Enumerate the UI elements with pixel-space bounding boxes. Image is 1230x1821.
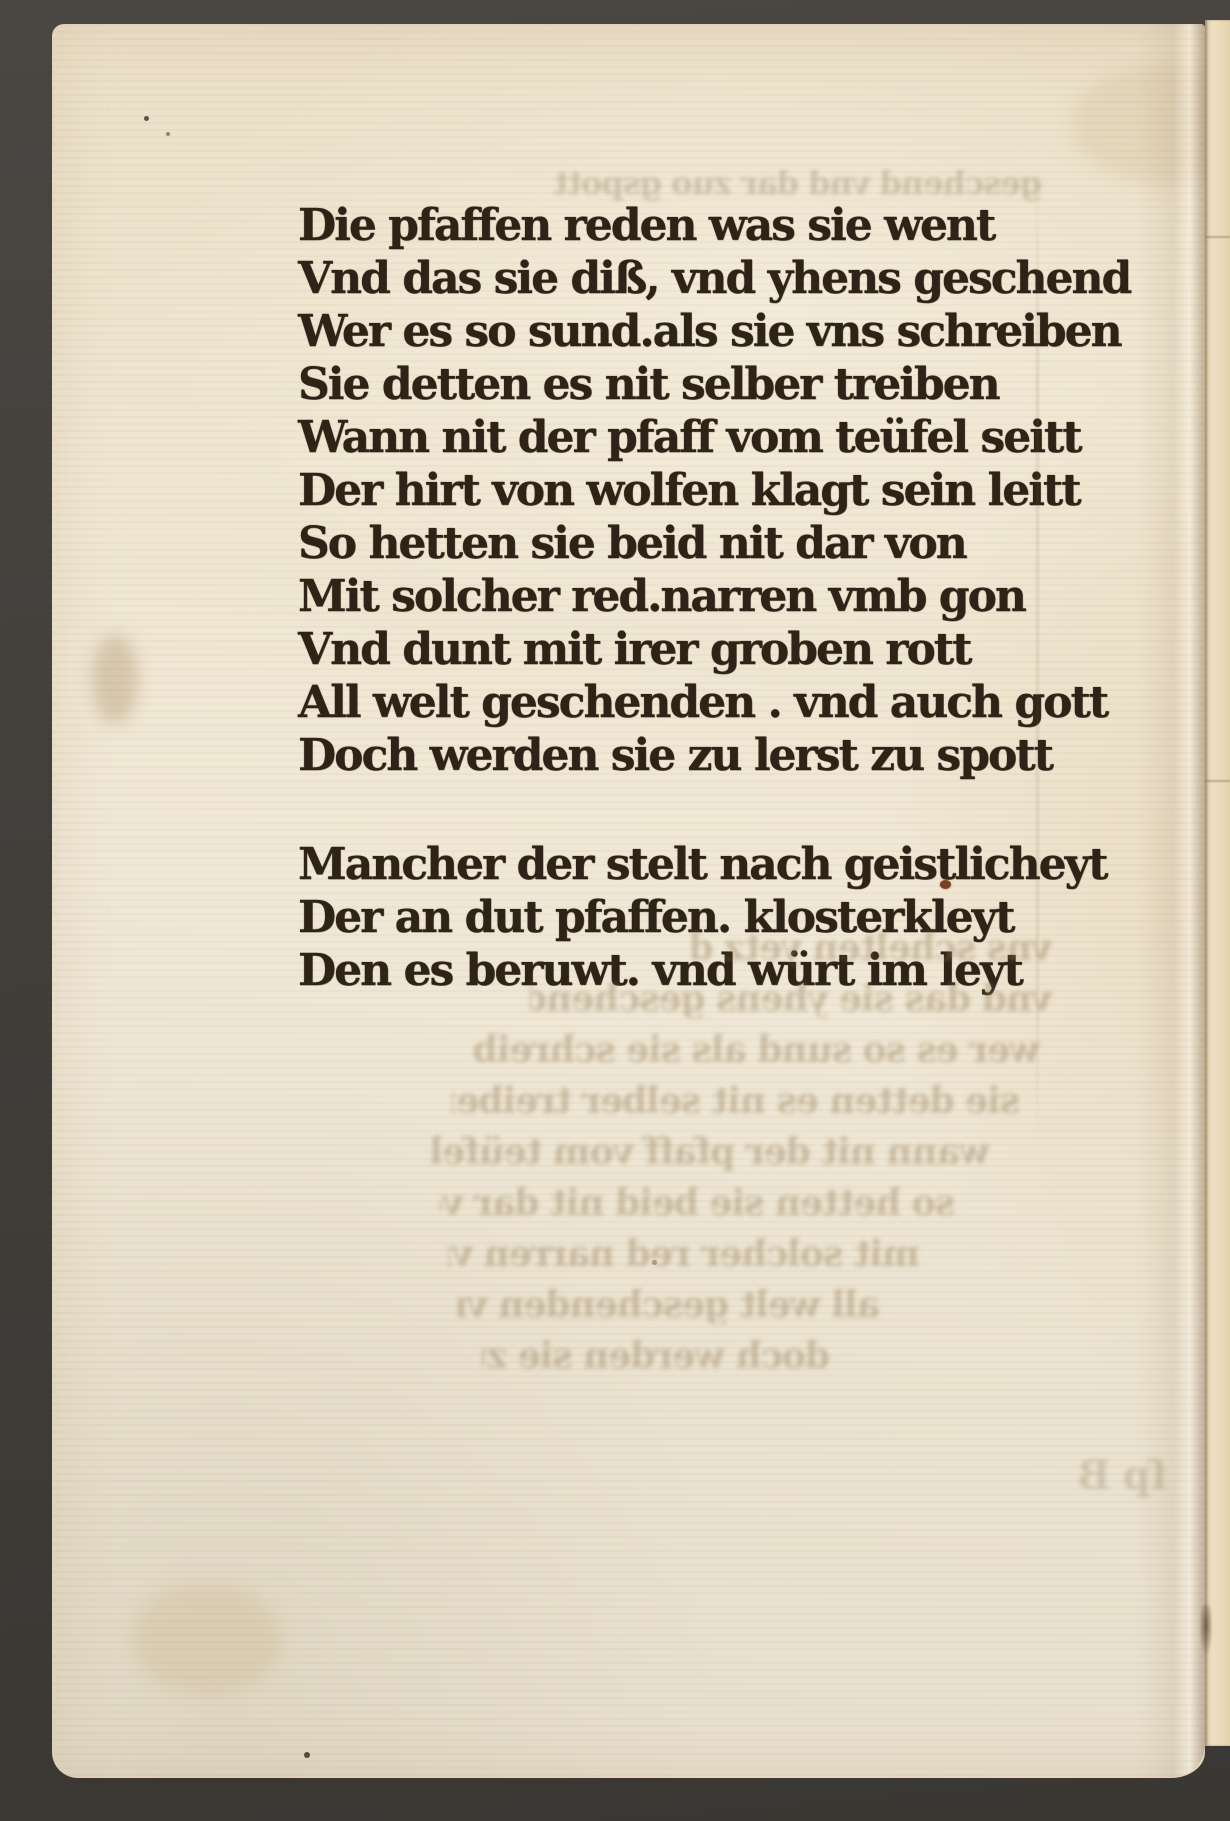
poem-line: So hetten sie beid nit dar von	[298, 517, 1128, 570]
poem-line: Doch werden sie zu lerst zu spott	[298, 729, 1128, 782]
page-edge-notch	[1205, 236, 1230, 238]
paper-stain	[132, 1584, 282, 1694]
poem-line: Mancher der stelt nach geistlicheyt	[298, 838, 1128, 891]
poem-line: Mit solcher red.narren vmb gon	[298, 570, 1128, 623]
poem-line: Vnd dunt mit irer groben rott	[298, 623, 1128, 676]
fore-edge-pages	[1205, 20, 1230, 1746]
showthrough-line: so hetten sie beid nit dar von	[440, 1182, 955, 1222]
showthrough-line: wer es so sund als sie schreiben	[472, 1029, 1040, 1069]
poem-text-block: Die pfaffen reden was sie went Vnd das s…	[298, 199, 1128, 997]
page-edge-notch	[1205, 780, 1230, 782]
verso-showthrough-header: geschend vnd dar zuo gspott	[612, 164, 1042, 202]
showthrough-line: vnd das sie yhens geschend hand	[530, 978, 1052, 1018]
page-edge-tear	[1199, 1605, 1213, 1657]
red-ink-speck	[940, 880, 951, 889]
poem-line: All welt geschenden . vnd auch gott	[298, 676, 1128, 729]
poem-stanza-2: Mancher der stelt nach geistlicheyt Der …	[298, 838, 1128, 997]
poem-line: Wann nit der pfaff vom teüfel seitt	[298, 411, 1128, 464]
poem-line: Sie detten es nit selber treiben	[298, 358, 1128, 411]
showthrough-line: all welt geschenden vnd auch gott	[458, 1284, 880, 1324]
poem-line: Wer es so sund.als sie vns schreiben	[298, 305, 1128, 358]
page-fold-line	[1036, 174, 1039, 1154]
ink-speck	[304, 1752, 310, 1758]
paper-stain	[92, 634, 138, 724]
showthrough-line: wann nit der pfaff vom teüfel seitt	[430, 1131, 990, 1171]
poem-line: Die pfaffen reden was sie went	[298, 199, 1128, 252]
book-page: geschend vnd dar zuo gspott Die pfaffen …	[52, 24, 1205, 1778]
showthrough-line: vns schelten yetz die leyen	[692, 927, 1052, 967]
showthrough-line: doch werden sie zu lerst	[482, 1335, 830, 1375]
ink-speck	[652, 1260, 657, 1265]
ink-speck	[144, 116, 149, 121]
poem-line: Der hirt von wolfen klagt sein leitt	[298, 464, 1128, 517]
ink-speck	[166, 132, 170, 136]
poem-stanza-1: Die pfaffen reden was sie went Vnd das s…	[298, 199, 1128, 782]
showthrough-line: sie detten es nit selber treiben	[452, 1080, 1020, 1120]
showthrough-line: mit solcher red narren vmb gon	[448, 1233, 920, 1273]
poem-line: Vnd das sie diß, vnd yhens geschend	[298, 252, 1128, 305]
scanner-background: geschend vnd dar zuo gspott Die pfaffen …	[0, 0, 1230, 1821]
page-curvature-shadow	[1135, 24, 1205, 1778]
